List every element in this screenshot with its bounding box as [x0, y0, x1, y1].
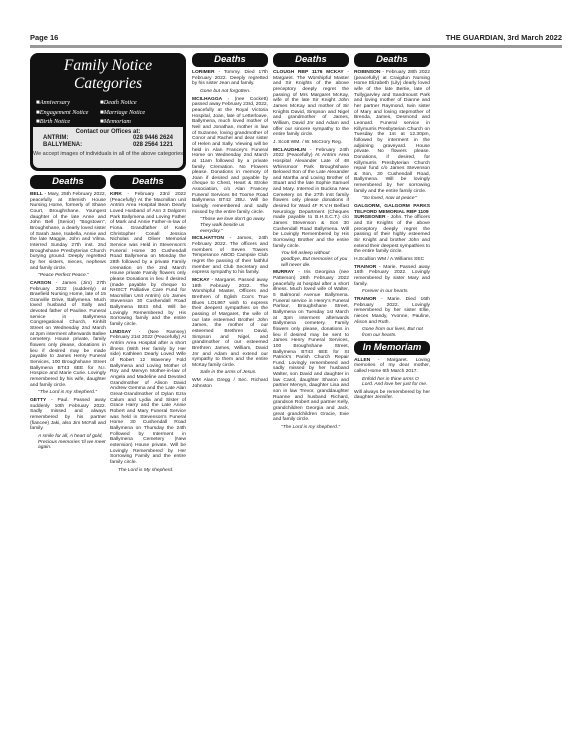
- notice-mcilhagga: MCILHAGGA - (nee Cockett) passed away Fe…: [192, 97, 268, 216]
- images-note: We accept images of individuals in all o…: [33, 148, 183, 158]
- notice-lorimer: LORIMER - Tommy. Died 17th February 2022…: [192, 70, 268, 87]
- notice-mclaughlin: MCLAUGHLIN - February 24th 2022 (Peacefu…: [273, 148, 349, 250]
- notice-signature: WM Alan Gregg / Sec. Richard Johnston: [192, 378, 268, 389]
- notice-trainor: TRAINOR - Marie. Died 16th February 2022…: [354, 297, 430, 325]
- column-5: Deaths ROBINSON - February 28th 2022 (pe…: [354, 53, 430, 573]
- category-item[interactable]: Memoriam: [100, 118, 180, 125]
- notice-signature: J. Scott WM. / W. McCrory Reg.: [273, 140, 349, 146]
- page-header: Page 16 THE GUARDIAN, 3rd March 2022: [30, 33, 562, 45]
- contact-title: Contact our Offices at:: [33, 127, 183, 135]
- notice-verse: You fell asleep without goodbye, But mem…: [273, 251, 349, 268]
- notice-getty: GETTY - Paul. Passed away suddenly 10th …: [30, 398, 106, 432]
- notice-signature: H.Scullion WM / A.Williams SEC: [354, 257, 430, 263]
- notice-verse: "Those we love don't go away. They walk …: [192, 217, 268, 234]
- notice-verse: A smile for all, A heart of gold, Precio…: [30, 434, 106, 451]
- notice-after: Will always be remembered by her daughte…: [354, 390, 430, 401]
- header-rule: [30, 45, 562, 48]
- notice-bell: BELL - Mary, 25th February 2022, peacefu…: [30, 192, 106, 271]
- notice-lindsay: LINDSAY - (Nee Ramsey) February 21st 202…: [110, 330, 186, 466]
- publication-date: THE GUARDIAN, 3rd March 2022: [446, 33, 562, 42]
- category-item[interactable]: Marriage Notice: [100, 109, 180, 116]
- notice-verse: "Peace Perfect Peace.": [30, 273, 106, 279]
- contact-offices: Contact our Offices at: ANTRIM:028 9446 …: [33, 127, 183, 168]
- notice-verse: Gone from our lives, But not from our he…: [354, 327, 430, 338]
- notice-robinson: ROBINSON - February 28th 2022 (peacefull…: [354, 70, 430, 194]
- category-item[interactable]: Engagement Notice: [36, 109, 100, 116]
- deaths-heading: Deaths: [30, 175, 106, 189]
- family-notice-categories: Family Notice Categories Anniversary Dea…: [30, 53, 186, 171]
- memoriam-heading: In Memoriam: [354, 341, 430, 355]
- office-name: BALLYMENA:: [43, 142, 82, 149]
- notice-verse: Gone but not forgotten.: [192, 89, 268, 95]
- notice-clough: CLOUGH RBP 1176 MCKAY - Margaret. The Wo…: [273, 70, 349, 138]
- notice-kirk: KIRK - February 23rd 2022 (Peacefully) A…: [110, 192, 186, 328]
- column-2: Deaths KIRK - February 23rd 2022 (Peacef…: [110, 175, 186, 528]
- notice-mcilhatton: MCILHATTON - James, 24th February 2022. …: [192, 236, 268, 276]
- deaths-heading: Deaths: [273, 53, 349, 67]
- notice-verse: "So loved, now at peace": [354, 196, 430, 202]
- notice-carson: CARSON - James (Jim) 27th February 2022 …: [30, 281, 106, 388]
- notice-verse: "The Lord is my shepherd.": [30, 390, 106, 396]
- deaths-heading: Deaths: [110, 175, 186, 189]
- page-number: Page 16: [30, 33, 58, 42]
- notice-verse: The Lord is My shepherd.: [110, 468, 186, 474]
- category-item[interactable]: Birth Notice: [36, 118, 100, 125]
- column-3: Deaths LORIMER - Tommy. Died 17th Februa…: [192, 53, 268, 556]
- notice-verse: Enfold her in thine arms O Lord. And lov…: [354, 377, 430, 388]
- newspaper-page: Page 16 THE GUARDIAN, 3rd March 2022 Fam…: [30, 33, 562, 733]
- notice-mckay: MCKAY - Margaret. Passed away 18th Febru…: [192, 278, 268, 369]
- notice-murray: MURRAY - Iris Georgina (nee Patterson) 2…: [273, 270, 349, 423]
- deaths-heading: Deaths: [192, 53, 268, 67]
- category-item[interactable]: Death Notice: [100, 99, 180, 106]
- notice-verse: Forever in our hearts.: [354, 289, 430, 295]
- notice-galgorm: GALGORM, GALGORM PARKS TELFORD MEMORIAL …: [354, 204, 430, 255]
- categories-title: Family Notice Categories: [30, 53, 186, 93]
- column-1: Deaths BELL - Mary, 25th February 2022, …: [30, 175, 106, 528]
- notice-allen: ALLEN - Margaret. Loving memories of my …: [354, 358, 430, 375]
- notice-verse: Safe in the arms of Jesus.: [192, 370, 268, 376]
- office-phone[interactable]: 028 2564 1221: [133, 142, 173, 149]
- column-4: Deaths CLOUGH RBP 1176 MCKAY - Margaret.…: [273, 53, 349, 638]
- category-item[interactable]: Anniversary: [36, 99, 100, 106]
- notice-verse: "The Lord is my shepherd.": [273, 425, 349, 431]
- notice-trainor: TRAINOR - Marie. Passed away 16th Februa…: [354, 265, 430, 288]
- deaths-heading: Deaths: [354, 53, 430, 67]
